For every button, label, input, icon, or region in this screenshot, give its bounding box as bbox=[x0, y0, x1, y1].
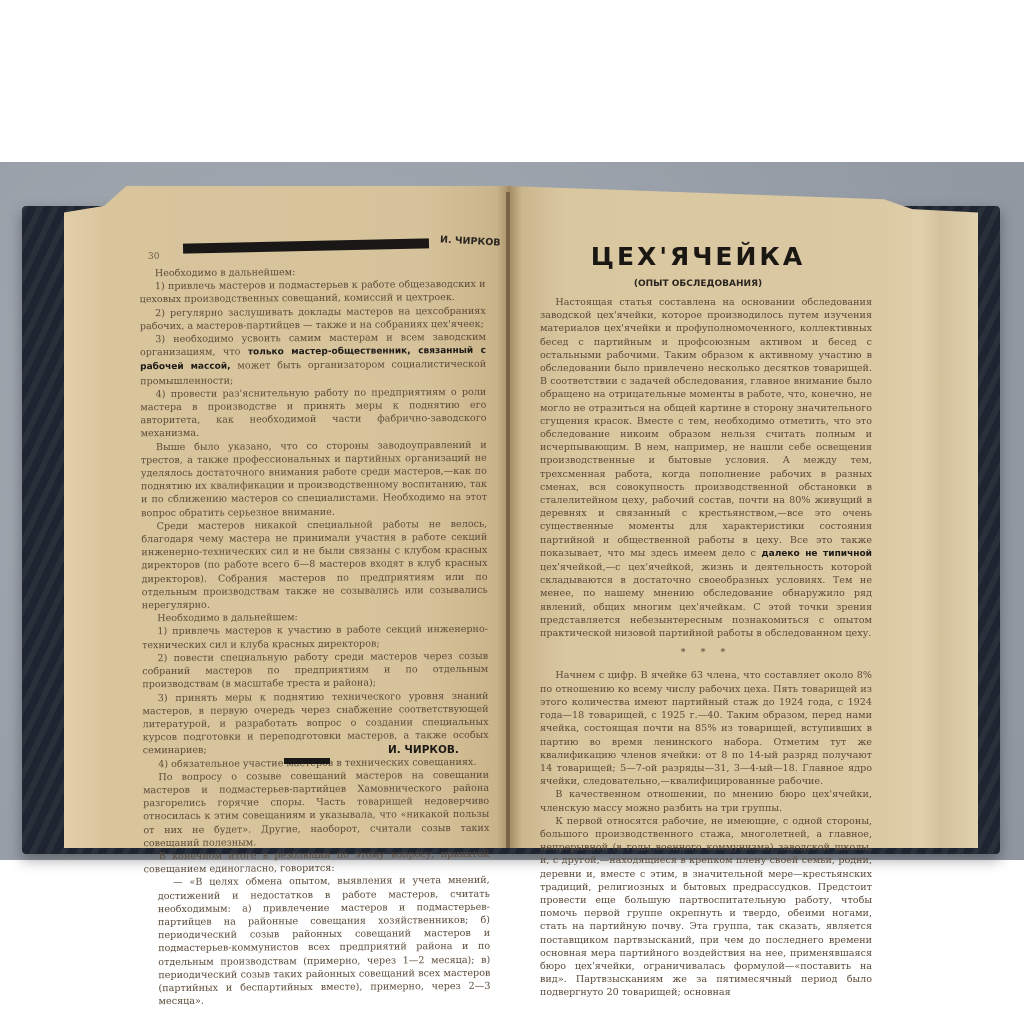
paragraph: Начнем с цифр. В ячейке 63 члена, что со… bbox=[540, 669, 872, 788]
asterism: * * * bbox=[540, 646, 872, 659]
author-signature: И. ЧИРКОВ. bbox=[388, 744, 459, 756]
paragraph: Настоящая статья составлена на основании… bbox=[540, 296, 872, 640]
right-page-text: Настоящая статья составлена на основании… bbox=[540, 296, 872, 1000]
page-number: 30 bbox=[148, 252, 159, 262]
paragraph: 2) регулярно заслушивать доклады мастеро… bbox=[140, 304, 486, 333]
paragraph: 1) привлечь мастеров и подмастерьев к ра… bbox=[140, 278, 486, 307]
paragraph: По вопросу о созыве совещаний мастеров н… bbox=[143, 769, 490, 851]
emphasis-text: далеко не типичной bbox=[761, 549, 872, 559]
paragraph: 2) повести специальную работу среди маст… bbox=[142, 650, 488, 692]
paragraph: В качественном отношении, по мнению бюро… bbox=[540, 788, 872, 814]
article-subtitle: (ОПЫТ ОБСЛЕДОВАНИЯ) bbox=[618, 279, 778, 289]
paragraph: 1) привлечь мастеров к участию в работе … bbox=[142, 623, 488, 652]
book-gutter bbox=[506, 192, 510, 848]
paragraph: К первой относятся рабочие, не имеющие, … bbox=[540, 815, 872, 1000]
paragraph: Среди мастеров никакой специальной работ… bbox=[141, 518, 488, 613]
paragraph: 3) необходимо усвоить самим мастерам и в… bbox=[140, 331, 486, 388]
end-rule bbox=[284, 758, 330, 764]
paragraph: 4) провести раз'яснительную работу по пр… bbox=[140, 386, 486, 441]
paragraph: Выше было указано, что со стороны заводо… bbox=[141, 438, 488, 520]
article-title: ЦЕХ'ЯЧЕЙКА bbox=[578, 242, 818, 271]
quote-paragraph: — «В целях обмена опытом, выявления и уч… bbox=[158, 874, 491, 1008]
paragraph: В конечном итоге в резолюции по этому во… bbox=[143, 848, 489, 877]
left-page-text: Необходимо в дальнейшем: 1) привлечь мас… bbox=[139, 265, 490, 1009]
